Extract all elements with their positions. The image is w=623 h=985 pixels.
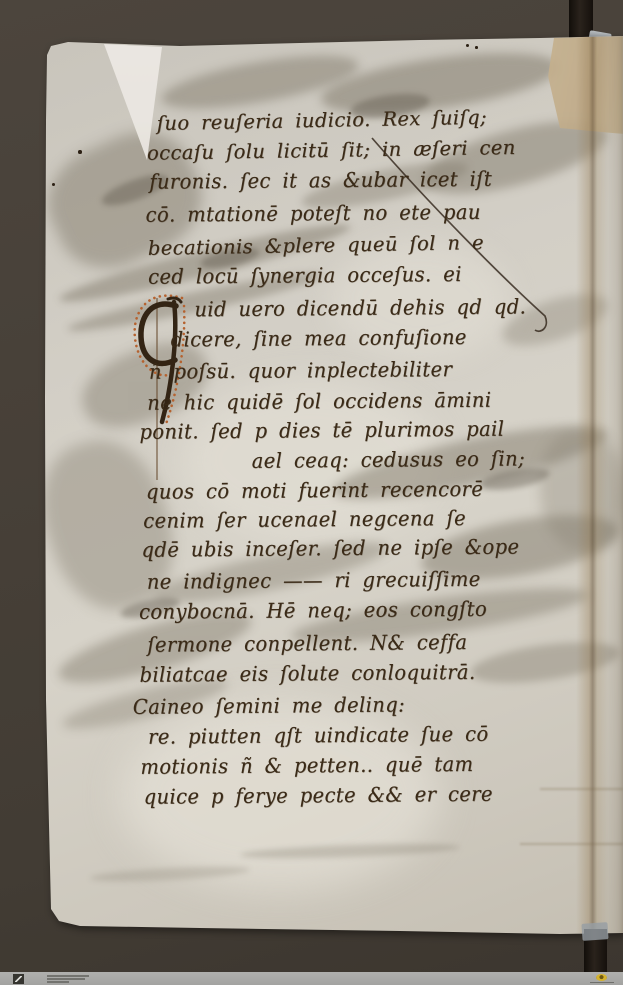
gold-oval-seal-icon [596, 974, 607, 981]
seal-caption-line [590, 982, 614, 983]
clasp-tape-icon [581, 922, 608, 941]
library-logo-glyph [15, 976, 22, 982]
library-logo-icon [13, 974, 24, 984]
watermark-text-line [47, 975, 89, 977]
watermark-text-line [47, 981, 69, 983]
watermark-text-line [47, 978, 85, 980]
page-edge-shading [0, 0, 623, 985]
watermark-bar [0, 972, 623, 985]
page-wrap: ſuo reuſeria iudicio. Rex ſuiſq; occaſu … [0, 0, 623, 985]
manuscript-page: ſuo reuſeria iudicio. Rex ſuiſq; occaſu … [0, 0, 623, 985]
photo-backdrop: ſuo reuſeria iudicio. Rex ſuiſq; occaſu … [0, 0, 623, 985]
